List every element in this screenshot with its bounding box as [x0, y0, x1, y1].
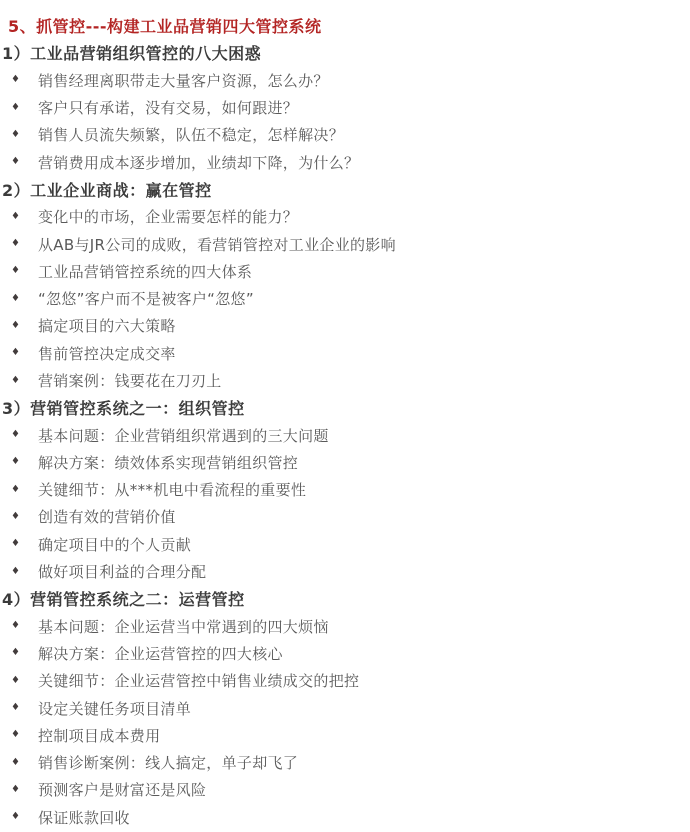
list-item: ♦关键细节：从***机电中看流程的重要性: [0, 476, 690, 503]
list-item: ♦解决方案：绩效体系实现营销组织管控: [0, 449, 690, 476]
list-item-text: 预测客户是财富还是风险: [38, 779, 206, 800]
list-item-text: “忽悠”客户而不是被客户“忽悠”: [38, 288, 254, 309]
section-organization-puzzles: 1）工业品营销组织管控的八大困惑 ♦销售经理离职带走大量客户资源，怎么办？ ♦客…: [0, 39, 690, 175]
list-item-text: 搞定项目的六大策略: [38, 315, 176, 336]
list-item: ♦从AB与JR公司的成败，看营销管控对工业企业的影响: [0, 230, 690, 257]
list-item-text: 解决方案：绩效体系实现营销组织管控: [38, 452, 298, 473]
list-item-text: 销售经理离职带走大量客户资源，怎么办？: [38, 70, 329, 91]
list-item: ♦预测客户是财富还是风险: [0, 776, 690, 803]
diamond-bullet-icon: ♦: [0, 321, 38, 331]
diamond-bullet-icon: ♦: [0, 75, 38, 85]
list-item: ♦解决方案：企业运营管控的四大核心: [0, 640, 690, 667]
list-item-text: 营销费用成本逐步增加，业绩却下降，为什么？: [38, 152, 359, 173]
diamond-bullet-icon: ♦: [0, 103, 38, 113]
diamond-bullet-icon: ♦: [0, 294, 38, 304]
diamond-bullet-icon: ♦: [0, 539, 38, 549]
list-item-text: 销售诊断案例：线人搞定，单子却飞了: [38, 752, 298, 773]
list-item: ♦客户只有承诺，没有交易，如何跟进？: [0, 94, 690, 121]
list-item: ♦销售经理离职带走大量客户资源，怎么办？: [0, 67, 690, 94]
section-heading: 1）工业品营销组织管控的八大困惑: [0, 39, 690, 66]
list-item-text: 确定项目中的个人贡献: [38, 534, 191, 555]
diamond-bullet-icon: ♦: [0, 430, 38, 440]
page-title: 5、抓管控---构建工业品营销四大管控系统: [0, 12, 690, 39]
list-item: ♦变化中的市场，企业需要怎样的能力？: [0, 203, 690, 230]
list-item: ♦创造有效的营销价值: [0, 503, 690, 530]
list-item: ♦销售诊断案例：线人搞定，单子却飞了: [0, 749, 690, 776]
list-item-text: 控制项目成本费用: [38, 725, 160, 746]
list-item-text: 设定关键任务项目清单: [38, 698, 191, 719]
list-item-text: 从AB与JR公司的成败，看营销管控对工业企业的影响: [38, 234, 396, 255]
diamond-bullet-icon: ♦: [0, 758, 38, 768]
diamond-bullet-icon: ♦: [0, 676, 38, 686]
section-heading: 2）工业企业商战：赢在管控: [0, 176, 690, 203]
list-item: ♦“忽悠”客户而不是被客户“忽悠”: [0, 285, 690, 312]
diamond-bullet-icon: ♦: [0, 648, 38, 658]
section-operation-control: 4）营销管控系统之二：运营管控 ♦基本问题：企业运营当中常遇到的四大烦恼 ♦解决…: [0, 585, 690, 831]
list-item-text: 客户只有承诺，没有交易，如何跟进？: [38, 97, 298, 118]
list-item-text: 做好项目利益的合理分配: [38, 561, 206, 582]
diamond-bullet-icon: ♦: [0, 730, 38, 740]
diamond-bullet-icon: ♦: [0, 348, 38, 358]
diamond-bullet-icon: ♦: [0, 785, 38, 795]
list-item-text: 保证账款回收: [38, 807, 130, 828]
list-item-text: 工业品营销管控系统的四大体系: [38, 261, 252, 282]
diamond-bullet-icon: ♦: [0, 157, 38, 167]
diamond-bullet-icon: ♦: [0, 812, 38, 822]
list-item: ♦基本问题：企业营销组织常遇到的三大问题: [0, 421, 690, 448]
list-item: ♦设定关键任务项目清单: [0, 694, 690, 721]
section-heading: 4）营销管控系统之二：运营管控: [0, 585, 690, 612]
list-item: ♦关键细节：企业运营管控中销售业绩成交的把控: [0, 667, 690, 694]
diamond-bullet-icon: ♦: [0, 457, 38, 467]
list-item: ♦做好项目利益的合理分配: [0, 558, 690, 585]
diamond-bullet-icon: ♦: [0, 266, 38, 276]
diamond-bullet-icon: ♦: [0, 239, 38, 249]
section-organization-control: 3）营销管控系统之一：组织管控 ♦基本问题：企业营销组织常遇到的三大问题 ♦解决…: [0, 394, 690, 585]
list-item-text: 关键细节：从***机电中看流程的重要性: [38, 479, 306, 500]
list-item: ♦控制项目成本费用: [0, 722, 690, 749]
section-business-war: 2）工业企业商战：赢在管控 ♦变化中的市场，企业需要怎样的能力？ ♦从AB与JR…: [0, 176, 690, 394]
diamond-bullet-icon: ♦: [0, 621, 38, 631]
list-item-text: 基本问题：企业营销组织常遇到的三大问题: [38, 425, 329, 446]
list-item-text: 变化中的市场，企业需要怎样的能力？: [38, 206, 298, 227]
course-outline-document: 5、抓管控---构建工业品营销四大管控系统 1）工业品营销组织管控的八大困惑 ♦…: [0, 0, 690, 831]
list-item-text: 创造有效的营销价值: [38, 506, 176, 527]
bullet-list: ♦基本问题：企业营销组织常遇到的三大问题 ♦解决方案：绩效体系实现营销组织管控 …: [0, 421, 690, 585]
list-item: ♦保证账款回收: [0, 804, 690, 831]
list-item-text: 基本问题：企业运营当中常遇到的四大烦恼: [38, 616, 329, 637]
list-item: ♦搞定项目的六大策略: [0, 312, 690, 339]
list-item-text: 关键细节：企业运营管控中销售业绩成交的把控: [38, 670, 359, 691]
list-item-text: 营销案例：钱要花在刀刃上: [38, 370, 222, 391]
list-item-text: 解决方案：企业运营管控的四大核心: [38, 643, 283, 664]
diamond-bullet-icon: ♦: [0, 212, 38, 222]
diamond-bullet-icon: ♦: [0, 485, 38, 495]
section-heading: 3）营销管控系统之一：组织管控: [0, 394, 690, 421]
list-item: ♦售前管控决定成交率: [0, 340, 690, 367]
list-item-text: 销售人员流失频繁，队伍不稳定，怎样解决？: [38, 124, 344, 145]
list-item-text: 售前管控决定成交率: [38, 343, 176, 364]
list-item: ♦营销案例：钱要花在刀刃上: [0, 367, 690, 394]
list-item: ♦销售人员流失频繁，队伍不稳定，怎样解决？: [0, 121, 690, 148]
bullet-list: ♦变化中的市场，企业需要怎样的能力？ ♦从AB与JR公司的成败，看营销管控对工业…: [0, 203, 690, 394]
diamond-bullet-icon: ♦: [0, 567, 38, 577]
list-item: ♦确定项目中的个人贡献: [0, 531, 690, 558]
diamond-bullet-icon: ♦: [0, 376, 38, 386]
diamond-bullet-icon: ♦: [0, 512, 38, 522]
bullet-list: ♦基本问题：企业运营当中常遇到的四大烦恼 ♦解决方案：企业运营管控的四大核心 ♦…: [0, 613, 690, 831]
list-item: ♦营销费用成本逐步增加，业绩却下降，为什么？: [0, 148, 690, 175]
list-item: ♦工业品营销管控系统的四大体系: [0, 258, 690, 285]
diamond-bullet-icon: ♦: [0, 130, 38, 140]
list-item: ♦基本问题：企业运营当中常遇到的四大烦恼: [0, 613, 690, 640]
bullet-list: ♦销售经理离职带走大量客户资源，怎么办？ ♦客户只有承诺，没有交易，如何跟进？ …: [0, 67, 690, 176]
diamond-bullet-icon: ♦: [0, 703, 38, 713]
